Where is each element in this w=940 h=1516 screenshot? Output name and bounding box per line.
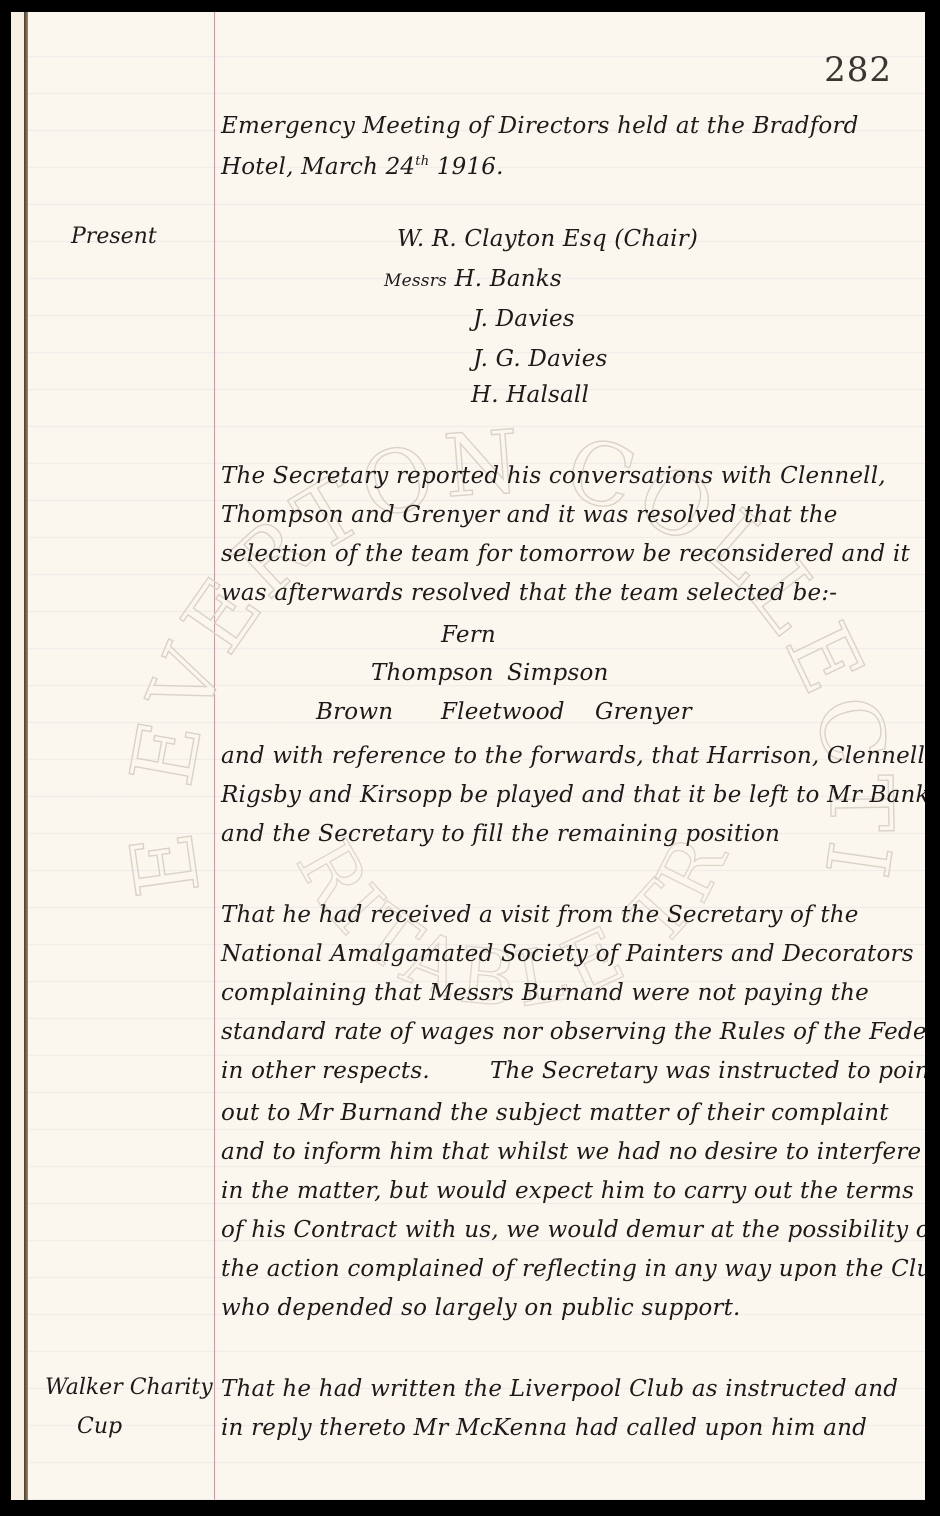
minute-text-line: out to Mr Burnand the subject matter of … [221, 1102, 889, 1125]
minute-text-line: complaining that Messrs Burnand were not… [221, 982, 869, 1005]
attendee-messrs-row: Messrs H. Banks [384, 268, 562, 291]
attendee-chair: W. R. Clayton Esq (Chair) [397, 228, 698, 251]
page-number: 282 [824, 50, 892, 90]
minute-text-line: Rigsby and Kirsopp be played and that it… [221, 784, 925, 807]
minute-text-line: That he had received a visit from the Se… [221, 904, 859, 927]
minute-text-line: of his Contract with us, we would demur … [221, 1219, 925, 1242]
attendee-name: H. Halsall [471, 384, 589, 407]
minute-text-line: That he had written the Liverpool Club a… [221, 1378, 898, 1401]
ledger-page: THE EVERTON COLLECTION CHARITABLE TRUST … [11, 12, 925, 1500]
minute-text-line: in the matter, but would expect him to c… [221, 1180, 914, 1203]
team-back-left: Thompson [371, 662, 494, 685]
minute-text-line: who depended so largely on public suppor… [221, 1297, 741, 1320]
messrs-prefix: Messrs [384, 271, 447, 291]
team-half-right: Grenyer [595, 701, 692, 724]
attendee-name: J. G. Davies [473, 348, 608, 371]
heading-date-year: 1916. [429, 154, 503, 180]
margin-label-walker-cup-2: Cup [77, 1416, 122, 1438]
team-goalkeeper: Fern [441, 624, 496, 647]
team-back-right: Simpson [507, 662, 609, 685]
minute-text-line: Thompson and Grenyer and it was resolved… [221, 504, 838, 527]
binding-edge [24, 12, 28, 1500]
attendee-name: H. Banks [454, 266, 561, 292]
attendee-name: J. Davies [473, 308, 575, 331]
minute-text-line: National Amalgamated Society of Painters… [221, 943, 914, 966]
heading-date-suffix: th [415, 154, 429, 169]
minute-text-line: was afterwards resolved that the team se… [221, 582, 837, 605]
page-edge [11, 12, 24, 1500]
team-half-centre: Fleetwood [441, 701, 565, 724]
margin-label-walker-cup: Walker Charity [45, 1377, 213, 1399]
margin-label-present: Present [71, 226, 157, 248]
minute-text-line: and with reference to the forwards, that… [221, 745, 925, 768]
minute-text-line: and the Secretary to fill the remaining … [221, 823, 780, 846]
minute-text-line: in other respects. The Secretary was ins… [221, 1060, 925, 1083]
team-half-left: Brown [316, 701, 393, 724]
meeting-heading-line-2: Hotel, March 24th 1916. [221, 155, 504, 179]
margin-rule [214, 12, 215, 1500]
minute-text-line: The Secretary reported his conversations… [221, 465, 886, 488]
minute-text-line: the action complained of reflecting in a… [221, 1258, 925, 1281]
minute-text-line: standard rate of wages nor observing the… [221, 1021, 925, 1044]
minute-text-line: selection of the team for tomorrow be re… [221, 543, 910, 566]
minute-text-line: and to inform him that whilst we had no … [221, 1141, 921, 1164]
watermark-seal: THE EVERTON COLLECTION CHARITABLE TRUST [111, 372, 911, 1172]
meeting-heading-line-1: Emergency Meeting of Directors held at t… [221, 115, 859, 138]
minute-text-line: in reply thereto Mr McKenna had called u… [221, 1417, 867, 1440]
heading-date-prefix: Hotel, March 24 [221, 154, 415, 180]
